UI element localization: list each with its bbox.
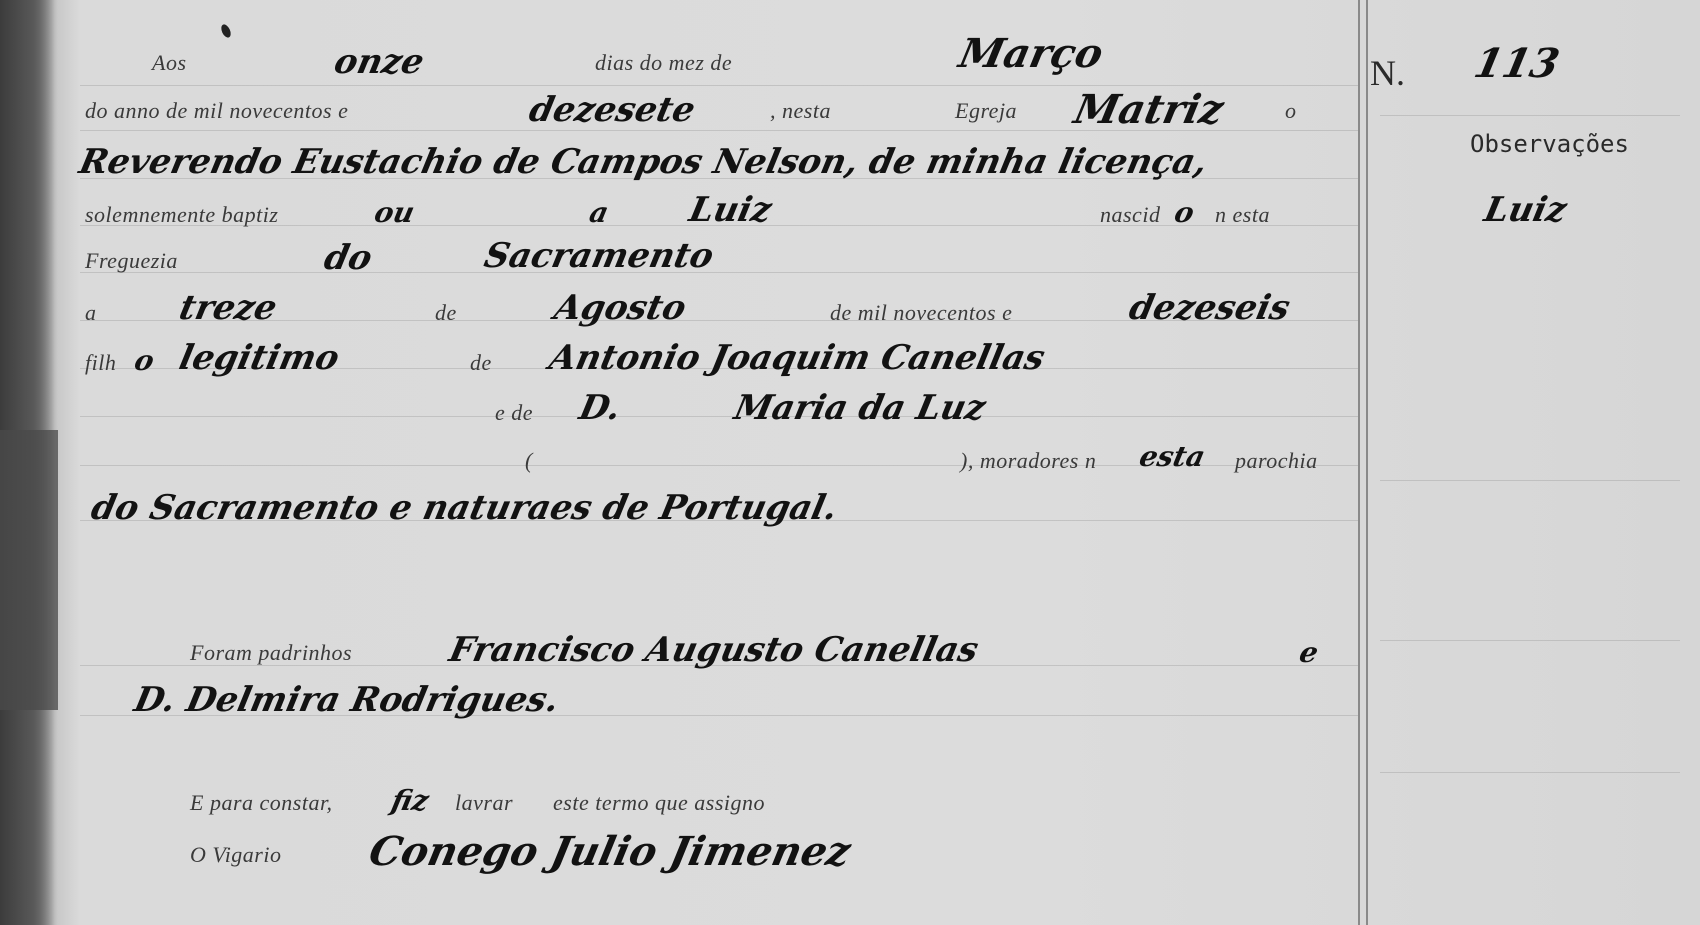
entry-parish-prep: do [321, 238, 376, 278]
label-n-esta: n esta [1215, 202, 1270, 228]
label-e-de: e de [495, 400, 533, 426]
record-number-label: N. [1370, 52, 1405, 94]
label-aos: Aos [152, 50, 187, 76]
label-a: a [85, 300, 97, 326]
label-o-vigario: O Vigario [190, 842, 281, 868]
entry-mother: Maria da Luz [731, 388, 989, 428]
entry-residence-suffix: esta [1136, 440, 1208, 473]
entry-filiation-suffix: o [131, 344, 157, 377]
signature-vigario: Conego Julio Jimenez [365, 828, 855, 875]
entry-baptiz-suffix: ou [371, 196, 417, 229]
label-paren-open: ( [525, 448, 533, 474]
entry-month: Março [955, 30, 1107, 77]
entry-day: onze [331, 42, 428, 82]
entry-church: Matriz [1070, 86, 1228, 133]
entry-residence-line: do Sacramento e naturaes de Portugal. [88, 488, 841, 528]
label-solemnemente: solemnemente baptiz [85, 202, 278, 228]
label-lavrar: lavrar [455, 790, 513, 816]
entry-parish: Sacramento [481, 236, 717, 276]
entry-priest: Reverendo Eustachio de Campos Nelson, de… [76, 142, 1211, 182]
label-freguezia: Freguezia [85, 248, 178, 274]
label-de: de [470, 350, 492, 376]
label-egreja: Egreja [955, 98, 1017, 124]
entry-birth-day: treze [176, 288, 281, 328]
entry-year: dezesete [526, 90, 699, 130]
ruled-line [1380, 480, 1680, 481]
entry-godfather: Francisco Augusto Canellas [446, 630, 982, 670]
entry-filiation-type: legitimo [176, 338, 343, 378]
label-de-mil: de mil novecentos e [830, 300, 1012, 326]
entry-birth-year: dezeseis [1126, 288, 1294, 328]
label-do-anno: do anno de mil novecentos e [85, 98, 348, 124]
label-de: de [435, 300, 457, 326]
ruled-line [1380, 772, 1680, 773]
entry-birth-month: Agosto [551, 288, 690, 328]
entry-father: Antonio Joaquim Canellas [546, 338, 1049, 378]
label-este-termo: este termo que assigno [553, 790, 765, 816]
entry-child-name: Luiz [686, 190, 775, 230]
ink-blot [219, 23, 232, 39]
entry-mother-title: D. [576, 388, 625, 428]
ruled-line [1380, 115, 1680, 116]
entry-godmother: D. Delmira Rodrigues. [131, 680, 563, 720]
entry-fiz: fiz [388, 784, 431, 817]
margin-line-left [1358, 0, 1360, 925]
label-parochia: parochia [1235, 448, 1318, 474]
label-nesta: , nesta [770, 98, 831, 124]
ruled-line [80, 272, 1360, 273]
ruled-line [80, 416, 1360, 417]
label-foram-padrinhos: Foram padrinhos [190, 640, 352, 666]
label-nascid: nascid [1100, 202, 1160, 228]
register-page: Aos onze dias do mez de Março do anno de… [0, 0, 1700, 925]
label-filh: filh [85, 350, 116, 376]
record-number: 113 [1470, 40, 1563, 87]
label-moradores: ), moradores n [960, 448, 1096, 474]
label-dias-do-mez: dias do mez de [595, 50, 732, 76]
label-o: o [1285, 98, 1297, 124]
label-e-para-constar: E para constar, [190, 790, 333, 816]
margin-line-right [1366, 0, 1368, 925]
binding-strip [0, 430, 58, 710]
ruled-line [1380, 640, 1680, 641]
observations-label: Observações [1470, 130, 1629, 158]
observations-value: Luiz [1481, 190, 1570, 230]
